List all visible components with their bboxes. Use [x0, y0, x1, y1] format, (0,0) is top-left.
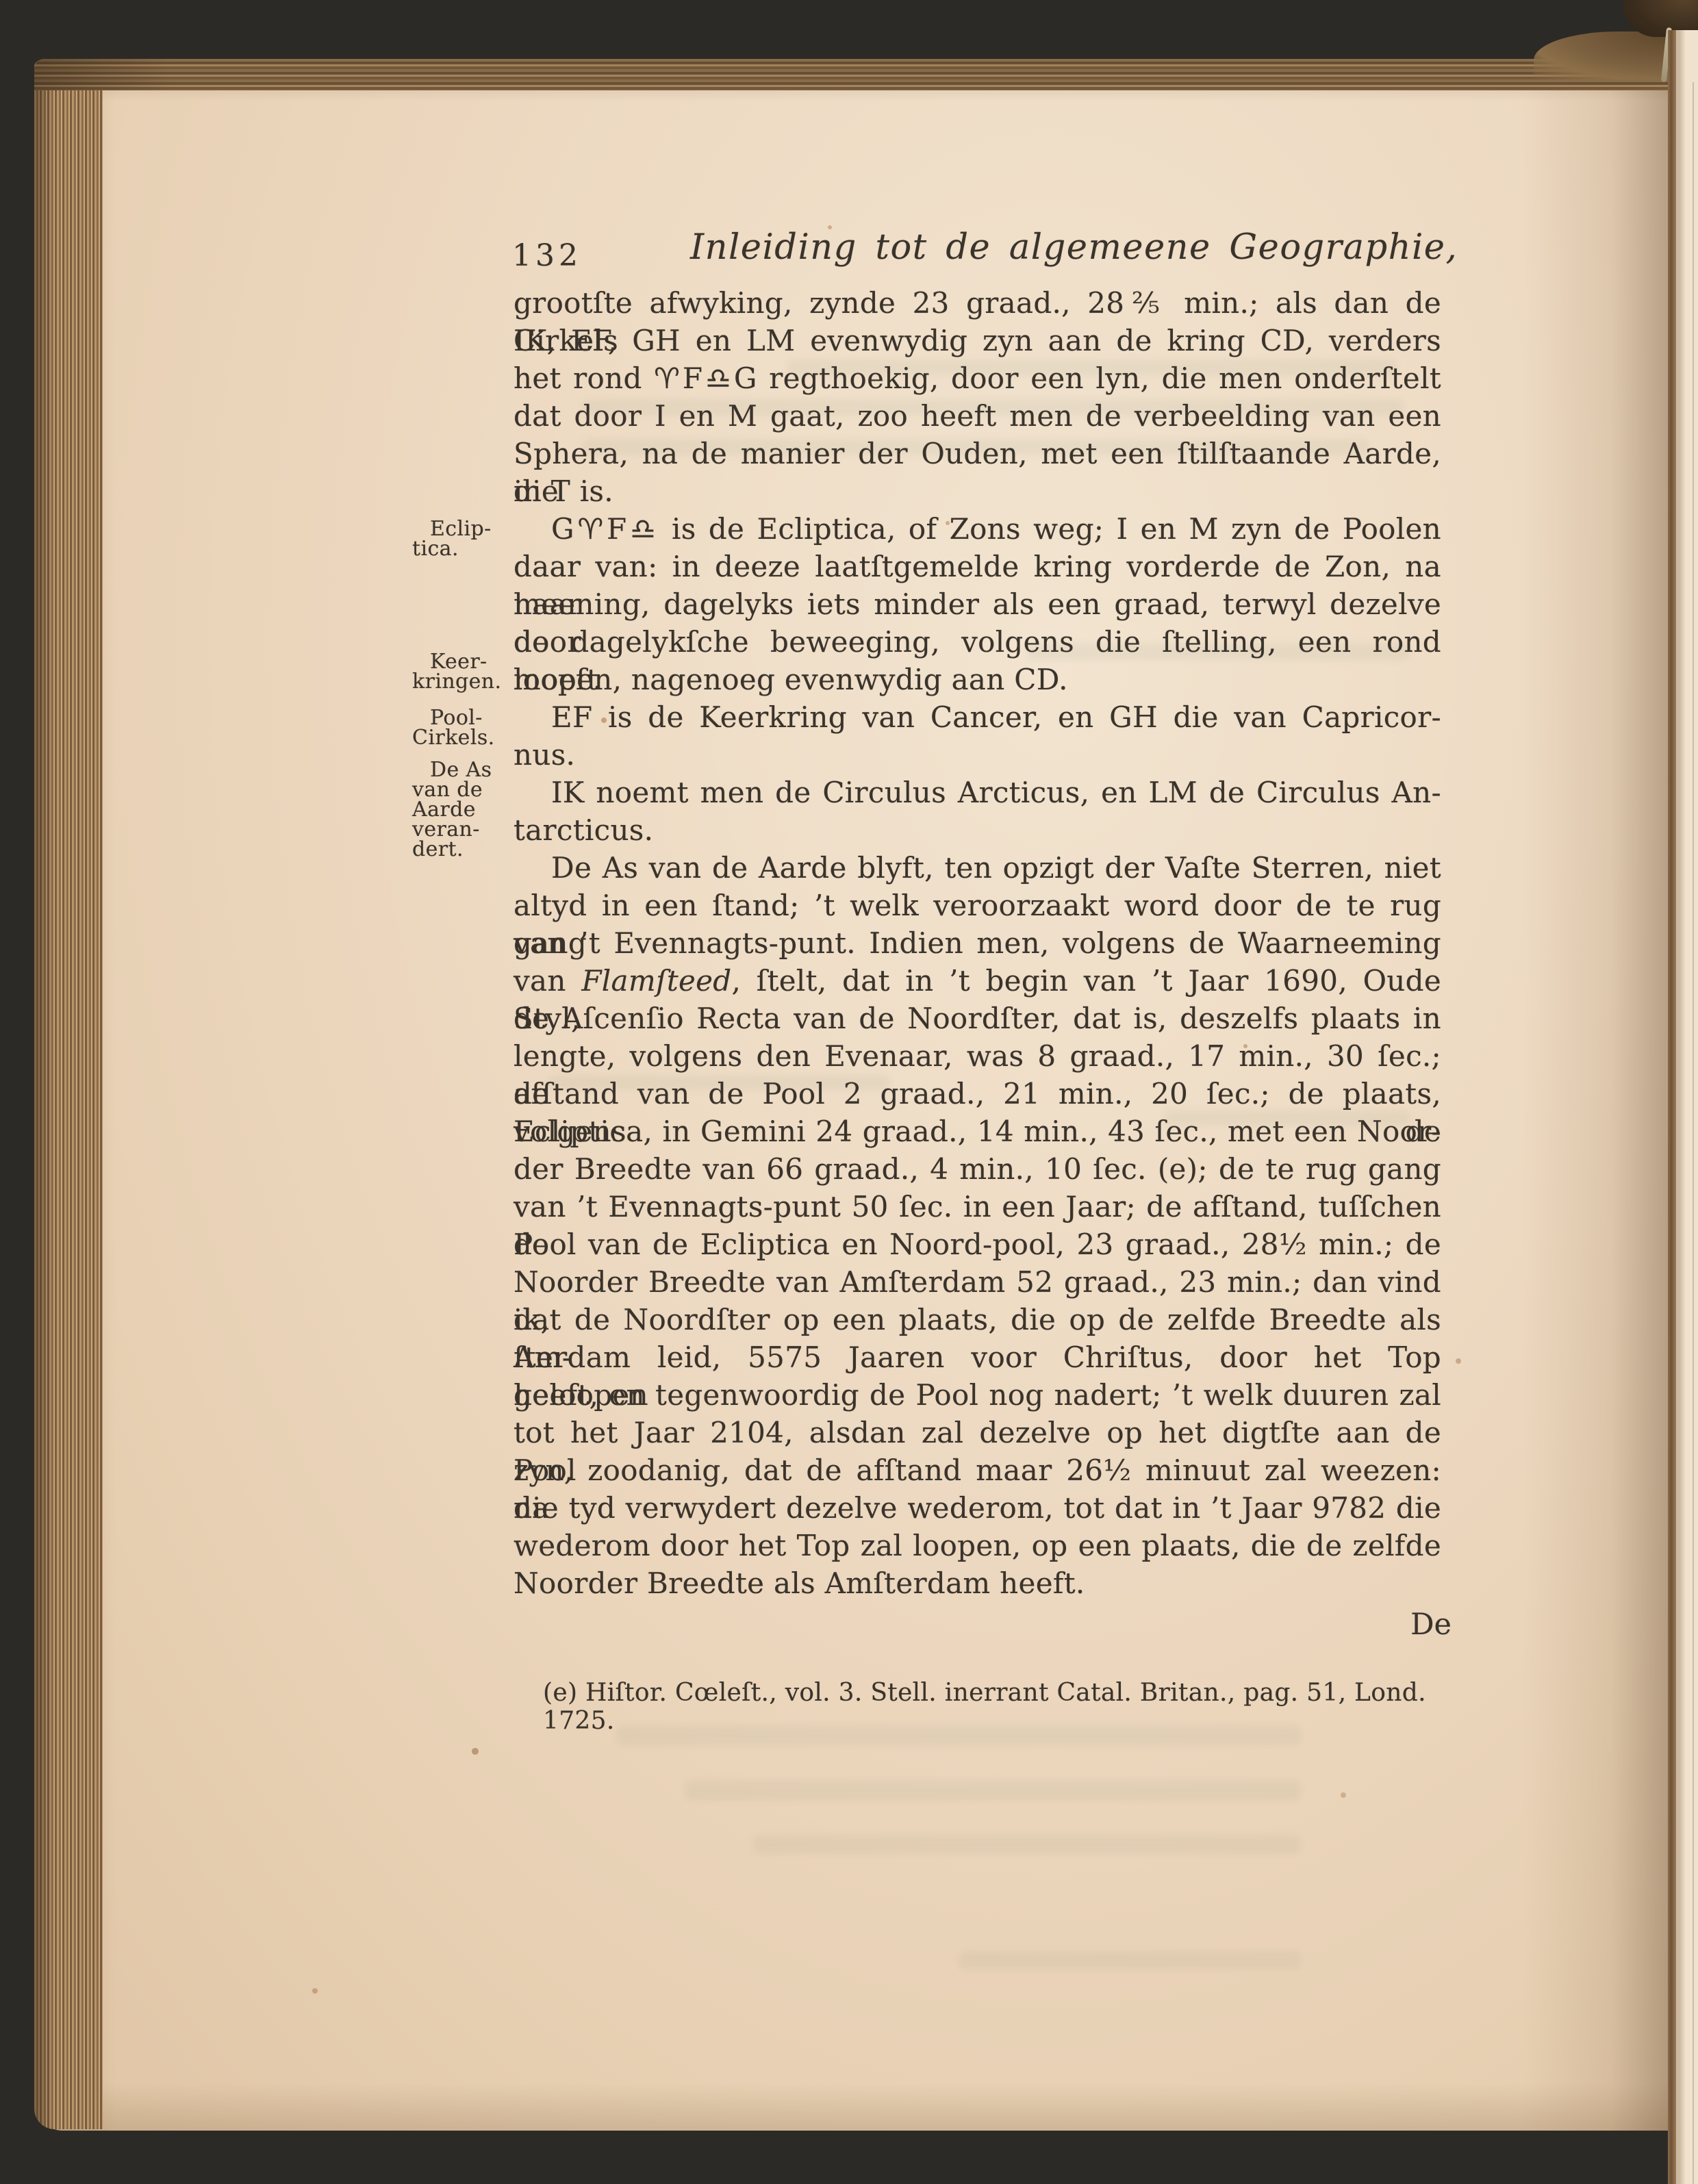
page-edges-top [34, 59, 1671, 90]
body-line: IK noemt men de Circulus Arcticus, en LM… [514, 774, 1441, 811]
body-line: van ’t Evennagts-punt. Indien men, volge… [514, 924, 1441, 962]
body-line: De As van de Aarde blyft, ten opzigt der… [514, 849, 1441, 887]
body-line: dat de Noordſter op een plaats, die op d… [514, 1301, 1441, 1338]
body-line: der Breedte van 66 graad., 4 min., 10 ſe… [514, 1150, 1441, 1188]
margin-note-keerkringen: Keer- kringen. [412, 652, 512, 691]
margin-note-line: De As [412, 760, 512, 780]
body-line: van ’t Evennagts-punt 50 ſec. in een Jaa… [514, 1188, 1441, 1226]
margin-note-line: kringen. [412, 672, 512, 691]
show-through-line [753, 1835, 1301, 1854]
body-line: Noorder Breedte van Amſterdam 52 graad.,… [514, 1263, 1441, 1301]
page-number: 132 [512, 238, 582, 273]
margin-note-line: Keer- [412, 652, 512, 672]
body-line: Ecliptica, in Gemini 24 graad., 14 min.,… [514, 1113, 1441, 1150]
margin-note-line: Cirkels. [412, 728, 512, 748]
body-line: die tyd verwydert dezelve wederom, tot d… [514, 1489, 1441, 1527]
body-line: in T is. [514, 472, 1441, 510]
margin-note-aard-as: De As van de Aarde veran- dert. [412, 760, 512, 859]
facing-page-line [1693, 82, 1694, 2184]
body-line: daar van: in deeze laatſtgemelde kring v… [514, 548, 1441, 585]
body-line: zyn, zoodanig, dat de afſtand maar 26½ m… [514, 1451, 1441, 1489]
catchword: De [1301, 1608, 1452, 1642]
show-through-line [959, 1951, 1301, 1969]
body-line-fragment: van [514, 964, 581, 998]
flamsteed-italic: Flamſteed [581, 964, 731, 998]
body-line: heeft, en tegenwoordig de Pool nog nader… [514, 1376, 1441, 1414]
body-line: tot het Jaar 2104, alsdan zal dezelve op… [514, 1414, 1441, 1451]
margin-note-ecliptica: Eclip- tica. [412, 519, 512, 559]
margin-note-poolcirkels: Pool- Cirkels. [412, 708, 512, 748]
margin-note-line: veran- [412, 820, 512, 839]
footnote: (e) Hiſtor. Cœleſt., vol. 3. Stell. iner… [543, 1679, 1454, 1735]
body-line: meening, dagelyks iets minder als een gr… [514, 585, 1441, 623]
facing-page-sliver [1676, 30, 1698, 2184]
body-line: Sphera, na de manier der Ouden, met een … [514, 435, 1441, 472]
body-line: grootſte afwyking, zynde 23 graad., 28⅖ … [514, 284, 1441, 322]
page-edges-top-curve [1534, 31, 1674, 79]
body-line: IK, EF, GH en LM evenwydig zyn aan de kr… [514, 322, 1441, 359]
body-line: G♈F♎ is de Ecliptica, of Zons weg; I en … [514, 510, 1441, 548]
body-line: Noorder Breedte als Amſterdam heeft. [514, 1564, 1441, 1602]
body-text: grootſte afwyking, zynde 23 graad., 28⅖ … [514, 284, 1441, 1602]
show-through-line [685, 1780, 1301, 1801]
body-line: tarcticus. [514, 811, 1441, 849]
body-line-flamsteed: van Flamſteed, ſtelt, dat in ’t begin va… [514, 962, 1441, 1000]
body-line: loopen, nagenoeg evenwydig aan CD. [514, 661, 1441, 698]
body-line: ſterdam leid, 5575 Jaaren voor Chriſtus,… [514, 1338, 1441, 1376]
margin-note-line: dert. [412, 839, 512, 859]
body-line: het rond ♈F♎G regthoekig, door een lyn, … [514, 359, 1441, 397]
body-line: EF is de Keerkring van Cancer, en GH die… [514, 698, 1441, 736]
body-line: wederom door het Top zal loopen, op een … [514, 1527, 1441, 1564]
foxing-specks [0, 0, 3, 3]
running-header: Inleiding tot de algemeene Geographie, [690, 227, 1458, 268]
body-line: lengte, volgens den Evenaar, was 8 graad… [514, 1037, 1441, 1075]
margin-note-line: Eclip- [412, 519, 512, 539]
margin-note-line: Pool- [412, 708, 512, 728]
body-line: altyd in een ſtand; ’t welk veroorzaakt … [514, 887, 1441, 924]
gutter-crease [1668, 30, 1676, 2184]
body-line: Pool van de Ecliptica en Noord-pool, 23 … [514, 1226, 1441, 1263]
margin-note-line: tica. [412, 539, 512, 559]
margin-note-line: van de [412, 780, 512, 800]
body-line: nus. [514, 736, 1441, 774]
body-line: afſtand van de Pool 2 graad., 21 min., 2… [514, 1075, 1441, 1113]
margin-note-line: Aarde [412, 800, 512, 820]
book-scan: 132 Inleiding tot de algemeene Geographi… [0, 0, 1698, 2184]
body-line: de dagelykſche beweeging, volgens die ſt… [514, 623, 1441, 661]
body-line: de Aſcenſio Recta van de Noordſter, dat … [514, 1000, 1441, 1037]
page-edges-left [34, 68, 103, 2129]
body-line: dat door I en M gaat, zoo heeft men de v… [514, 397, 1441, 435]
